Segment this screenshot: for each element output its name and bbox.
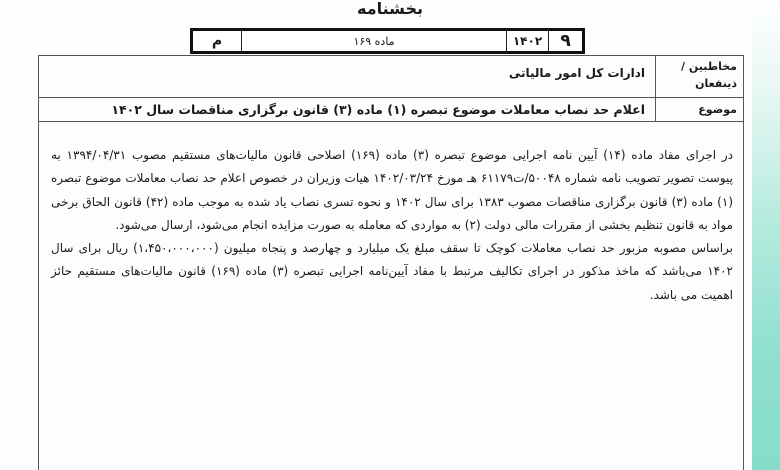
body-paragraph-1: در اجرای مفاد ماده (۱۴) آیین نامه اجرایی… xyxy=(51,144,733,237)
subject-value: اعلام حد نصاب معاملات موضوع تبصره (۱) ما… xyxy=(39,98,655,121)
circular-subject: ماده ۱۶۹ xyxy=(241,31,506,51)
recipients-row: مخاطبین / ذینفعان ادارات کل امور مالیاتی xyxy=(39,56,743,98)
reference-bar: ۹ ۱۴۰۲ ماده ۱۶۹ م xyxy=(190,28,585,54)
body-paragraph-2: براساس مصوبه مزبور حد نصاب معاملات کوچک … xyxy=(51,237,733,307)
circular-body: در اجرای مفاد ماده (۱۴) آیین نامه اجرایی… xyxy=(39,122,743,307)
circular-code: م xyxy=(193,31,241,51)
recipients-value: ادارات کل امور مالیاتی xyxy=(39,56,655,97)
recipients-label: مخاطبین / ذینفعان xyxy=(655,56,743,97)
document-title: بخشنامه xyxy=(0,0,780,18)
circular-year: ۱۴۰۲ xyxy=(506,31,548,51)
subject-label: موضوع xyxy=(655,98,743,121)
background-strip xyxy=(752,0,780,470)
circular-number: ۹ xyxy=(548,31,582,51)
document-page: بخشنامه ۹ ۱۴۰۲ ماده ۱۶۹ م مخاطبین / ذینف… xyxy=(0,0,780,470)
subject-row: موضوع اعلام حد نصاب معاملات موضوع تبصره … xyxy=(39,98,743,122)
circular-table: مخاطبین / ذینفعان ادارات کل امور مالیاتی… xyxy=(38,55,744,470)
